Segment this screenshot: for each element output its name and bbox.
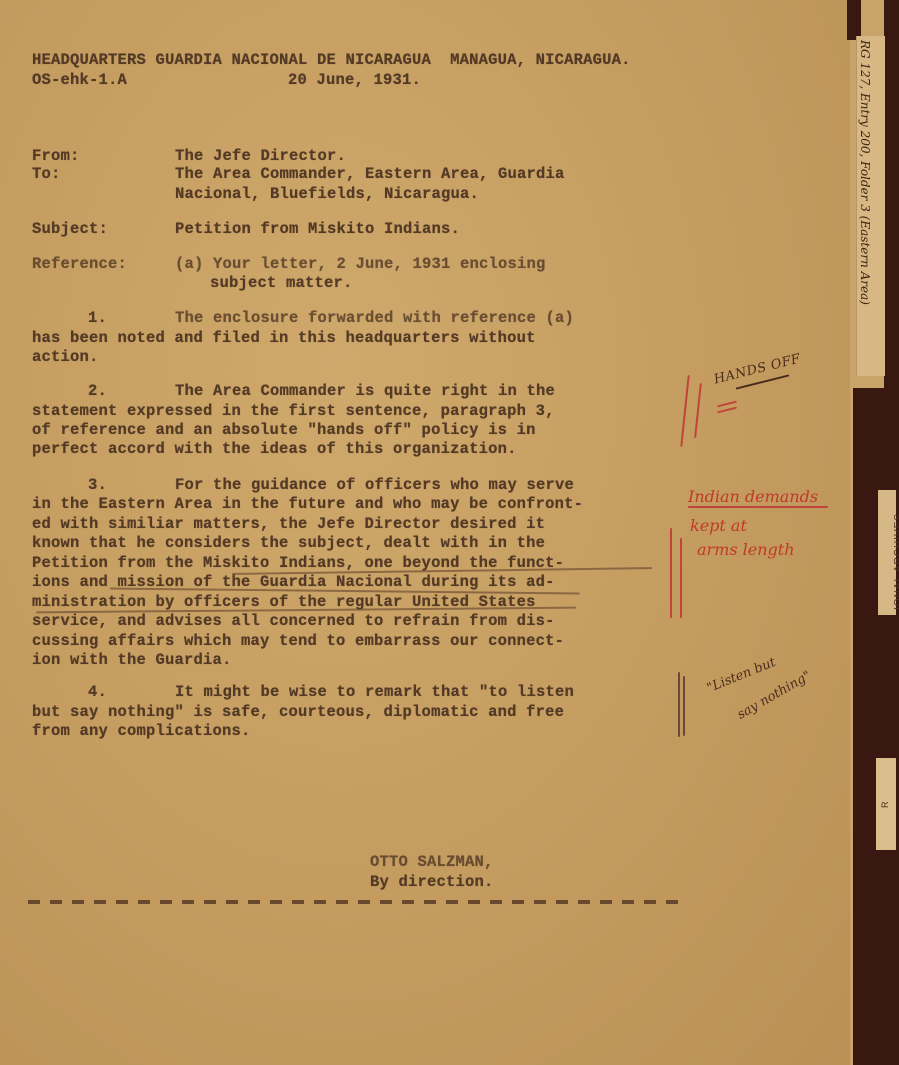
paragraph-1-number: 1. — [88, 308, 107, 329]
document-page: 360 HEADQUARTERS GUARDIA NACIONAL DE NIC… — [0, 0, 850, 1065]
paragraph-4-number: 4. — [88, 682, 107, 703]
signature-title: By direction. — [370, 872, 494, 893]
paragraph-3-line: cussing affairs which may tend to embarr… — [32, 631, 564, 652]
subject-value: Petition from Miskito Indians. — [175, 219, 460, 240]
archives-stamp-text: IONAL ARCHIVES — [893, 513, 899, 610]
margin-bar — [670, 528, 672, 618]
red-equals-mark — [717, 407, 737, 414]
paragraph-4-line: It might be wise to remark that "to list… — [175, 682, 574, 703]
margin-note-indian-demands: Indian demands — [688, 487, 818, 506]
signature-name: OTTO SALZMAN, — [370, 852, 494, 873]
paragraph-1-line: has been noted and filed in this headqua… — [32, 328, 536, 349]
to-label: To: — [32, 164, 61, 185]
paragraph-1-line: The enclosure forwarded with reference (… — [175, 308, 574, 329]
paragraph-1-line: action. — [32, 347, 99, 368]
letter-date: 20 June, 1931. — [288, 70, 421, 91]
letterhead: HEADQUARTERS GUARDIA NACIONAL DE NICARAG… — [32, 50, 631, 71]
margin-bar — [680, 375, 690, 447]
to-value-line2: Nacional, Bluefields, Nicaragua. — [175, 184, 479, 205]
paragraph-3-line: ion with the Guardia. — [32, 650, 232, 671]
paragraph-3-line: known that he considers the subject, dea… — [32, 533, 545, 554]
paragraph-4-line: from any complications. — [32, 721, 251, 742]
subject-label: Subject: — [32, 219, 108, 240]
note-underline — [688, 506, 828, 508]
paragraph-2-line: The Area Commander is quite right in the — [175, 381, 555, 402]
paragraph-3-line: service, and advises all concerned to re… — [32, 611, 555, 632]
dashed-divider — [28, 900, 678, 904]
paragraph-2-line: statement expressed in the first sentenc… — [32, 401, 555, 422]
margin-note-arms-length: arms length — [697, 540, 795, 559]
paragraph-4-line: but say nothing" is safe, courteous, dip… — [32, 702, 564, 723]
margin-note-kept-at: kept at — [690, 516, 747, 535]
paragraph-3-line: in the Eastern Area in the future and wh… — [32, 494, 583, 515]
paragraph-2-number: 2. — [88, 381, 107, 402]
folder-label-text: RG 127, Entry 200, Folder 3 (Eastern Are… — [858, 40, 872, 305]
to-value-line1: The Area Commander, Eastern Area, Guardi… — [175, 164, 565, 185]
reference-line1: (a) Your letter, 2 June, 1931 enclosing — [175, 254, 546, 275]
margin-bar — [683, 676, 685, 736]
margin-bar — [680, 538, 682, 618]
paragraph-2-line: perfect accord with the ideas of this or… — [32, 439, 517, 460]
paragraph-2-line: of reference and an absolute "hands off"… — [32, 420, 536, 441]
margin-bar — [678, 672, 680, 737]
file-code: OS-ehk-1.A — [32, 70, 127, 91]
paragraph-3-line: For the guidance of officers who may ser… — [175, 475, 574, 496]
reference-label: Reference: — [32, 254, 127, 275]
paragraph-3-number: 3. — [88, 475, 107, 496]
paragraph-3-line: ed with similiar matters, the Jefe Direc… — [32, 514, 545, 535]
margin-bar — [694, 383, 702, 438]
folder-tab-text: R — [880, 802, 890, 809]
reference-line2: subject matter. — [210, 273, 353, 294]
